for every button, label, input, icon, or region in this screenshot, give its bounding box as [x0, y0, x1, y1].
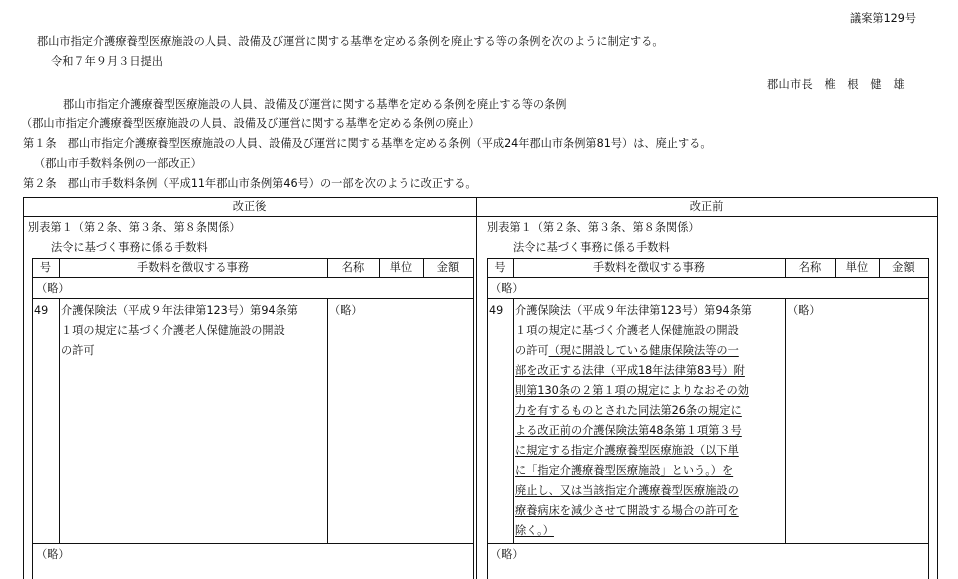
- after-row-name-value: （略）: [329, 305, 363, 316]
- ordinance-title: 郡山市指定介護療養型医療施設の人員、設備及び運営に関する基準を定める条例を廃止す…: [63, 99, 566, 110]
- signatory: 郡山市長 椎 根 健 雄: [767, 79, 905, 90]
- before-inner-left: [487, 258, 488, 579]
- before-col-task: 手数料を徴収する事務: [513, 262, 785, 273]
- after-col-unit: 単位: [379, 262, 423, 273]
- heading-after: 改正後: [23, 201, 476, 212]
- before-row-underlined-line: 則第130条の２第１項の規定によりなおその効: [515, 385, 749, 396]
- before-col-number: 号: [487, 262, 513, 273]
- before-header-bottom: [487, 277, 929, 278]
- before-row-line3-underlined: （現に開設している健康保険法等の一: [549, 344, 739, 357]
- article2-caption: （郡山市手数料条例の一部改正）: [34, 158, 202, 169]
- after-row49-bottom: [32, 543, 474, 544]
- after-inner-top: [32, 258, 474, 259]
- after-col2-body: [327, 298, 328, 544]
- before-col-unit: 単位: [835, 262, 879, 273]
- after-table-subtitle: 法令に基づく事務に係る手数料: [51, 242, 208, 253]
- after-omitted-top: （略）: [36, 283, 70, 294]
- before-row-name-value: （略）: [787, 305, 821, 316]
- before-omitted-bottom: （略）: [490, 549, 524, 560]
- after-col-number: 号: [32, 262, 59, 273]
- bill-number: 議案第129号: [850, 13, 916, 24]
- table-header-divider: [23, 216, 938, 217]
- before-row-underlined-line: 療養病床を減少させて開設する場合の許可を: [515, 505, 739, 516]
- after-row-number: 49: [34, 305, 48, 316]
- after-header-bottom: [32, 277, 474, 278]
- before-col1-body: [513, 298, 514, 544]
- before-table-title: 別表第１（第２条、第３条、第８条関係）: [487, 222, 700, 233]
- table-center-divider: [476, 197, 477, 579]
- before-row-underlined-line: 力を有するものとされた同法第26条の規定に: [515, 405, 742, 416]
- before-row49-bottom: [487, 543, 929, 544]
- before-omitted-top: （略）: [490, 283, 524, 294]
- intro-sentence: 郡山市指定介護療養型医療施設の人員、設備及び運営に関する基準を定める条例を廃止す…: [37, 36, 664, 47]
- after-inner-right: [473, 258, 474, 579]
- after-row-line: １項の規定に基づく介護老人保健施設の開設: [61, 325, 285, 336]
- table-border-top: [23, 197, 938, 198]
- before-row-line: の許可（現に開設している健康保険法等の一: [515, 345, 739, 356]
- after-col-amount: 金額: [423, 262, 473, 273]
- article2-text: 第２条 郡山市手数料条例（平成11年郡山市条例第46号）の一部を次のように改正す…: [23, 178, 477, 189]
- article1-caption: （郡山市指定介護療養型医療施設の人員、設備及び運営に関する基準を定める条例の廃止…: [21, 118, 480, 129]
- before-row-underlined-line: に規定する指定介護療養型医療施設（以下単: [515, 445, 739, 456]
- before-inner-top: [487, 258, 929, 259]
- before-row-number: 49: [489, 305, 503, 316]
- heading-before: 改正前: [476, 201, 937, 212]
- before-row-underlined-line: よる改正前の介護保険法第48条第１項第３号: [515, 425, 742, 436]
- before-row-line3-plain: の許可: [515, 344, 549, 357]
- before-col2-body: [785, 298, 786, 544]
- before-table-subtitle: 法令に基づく事務に係る手数料: [513, 242, 670, 253]
- before-row-underlined-line: 除く。）: [515, 525, 554, 536]
- after-row-line: の許可: [61, 345, 95, 356]
- after-omitted-bottom: [32, 298, 474, 299]
- before-omitted-bottom: [487, 298, 929, 299]
- before-row-underlined-line: 部を改正する法律（平成18年法律第83号）附: [515, 365, 745, 376]
- before-col-amount: 金額: [879, 262, 928, 273]
- before-row-underlined-line: に「指定介護療養型医療施設」という。）を: [515, 465, 733, 476]
- after-col1-body: [59, 298, 60, 544]
- before-row-underlined-line: 廃止し、又は当該指定介護療養型医療施設の: [515, 485, 739, 496]
- after-row-line: 介護保険法（平成９年法律第123号）第94条第: [61, 305, 298, 316]
- after-col-task: 手数料を徴収する事務: [59, 262, 327, 273]
- before-row-line: １項の規定に基づく介護老人保健施設の開設: [515, 325, 739, 336]
- after-col-name: 名称: [327, 262, 379, 273]
- table-border-left: [23, 197, 24, 579]
- before-inner-right: [928, 258, 929, 579]
- before-row-line: 介護保険法（平成９年法律第123号）第94条第: [515, 305, 752, 316]
- article1-text: 第１条 郡山市指定介護療養型医療施設の人員、設備及び運営に関する基準を定める条例…: [23, 138, 712, 149]
- after-table-title: 別表第１（第２条、第３条、第８条関係）: [28, 222, 241, 233]
- after-omitted-bottom: （略）: [36, 549, 70, 560]
- table-border-right: [937, 197, 938, 579]
- submission-date: 令和７年９月３日提出: [51, 56, 163, 67]
- after-inner-left: [32, 258, 33, 579]
- before-col-name: 名称: [785, 262, 835, 273]
